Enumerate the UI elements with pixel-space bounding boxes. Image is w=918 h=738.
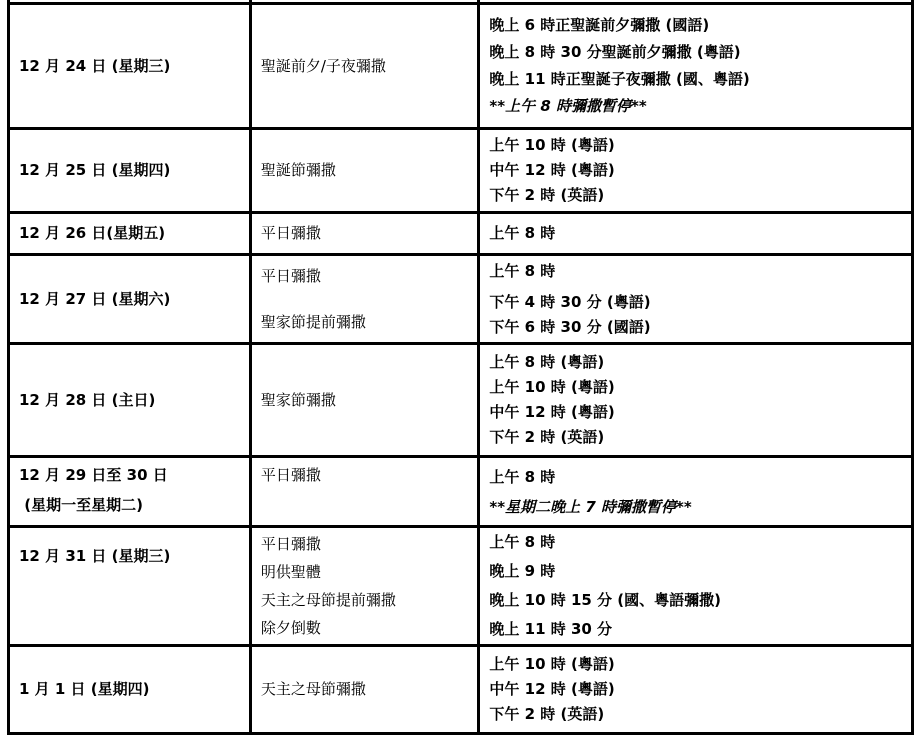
mass-type-label: 天主之母節彌撒 — [261, 677, 478, 702]
time-line: 上午 8 時 (粵語) — [489, 350, 911, 375]
date-label: 12 月 28 日 (主日) — [19, 391, 155, 409]
mass-type-cell: 天主之母節彌撒 — [250, 646, 479, 734]
time-line: 下午 2 時 (英語) — [489, 183, 911, 208]
date-label-weekdays: (星期一至星期二) — [19, 490, 249, 520]
table-row: 12 月 24 日 (星期三) 聖誕前夕/子夜彌撒 晚上 6 時正聖誕前夕彌撒 … — [9, 4, 913, 129]
date-cell: 12 月 26 日(星期五) — [9, 213, 251, 255]
mass-type-cell: 聖家節彌撒 — [250, 344, 479, 457]
mass-type-cell: 平日彌撒 — [250, 457, 479, 527]
date-cell: 1 月 1 日 (星期四) — [9, 646, 251, 734]
time-cell: 晚上 6 時正聖誕前夕彌撒 (國語) 晚上 8 時 30 分聖誕前夕彌撒 (粵語… — [479, 4, 913, 129]
time-cell: 上午 8 時 (粵語) 上午 10 時 (粵語) 中午 12 時 (粵語) 下午… — [479, 344, 913, 457]
time-line: 中午 12 時 (粵語) — [489, 677, 911, 702]
mass-type-cell: 平日彌撒 聖家節提前彌撒 — [250, 255, 479, 344]
time-line: 晚上 8 時 30 分聖誕前夕彌撒 (粵語) — [489, 39, 911, 66]
mass-type-label: 除夕倒數 — [261, 614, 478, 642]
mass-type-cell: 聖誕前夕/子夜彌撒 — [250, 4, 479, 129]
table-row: 12 月 29 日至 30 日 (星期一至星期二) 平日彌撒 上午 8 時 **… — [9, 457, 913, 527]
table-row: 12 月 28 日 (主日) 聖家節彌撒 上午 8 時 (粵語) 上午 10 時… — [9, 344, 913, 457]
mass-schedule-table: 12 月 24 日 (星期三) 聖誕前夕/子夜彌撒 晚上 6 時正聖誕前夕彌撒 … — [7, 0, 914, 735]
mass-type-cell: 聖誕節彌撒 — [250, 129, 479, 213]
time-line: 上午 8 時 — [489, 221, 911, 246]
time-line: 下午 6 時 30 分 (國語) — [489, 315, 911, 340]
time-line: 上午 10 時 (粵語) — [489, 652, 911, 677]
time-line: 晚上 6 時正聖誕前夕彌撒 (國語) — [489, 12, 911, 39]
date-label: 12 月 27 日 (星期六) — [19, 290, 170, 308]
date-cell: 12 月 27 日 (星期六) — [9, 255, 251, 344]
date-cell: 12 月 24 日 (星期三) — [9, 4, 251, 129]
mass-type-label: 天主之母節提前彌撒 — [261, 586, 478, 614]
time-line: 晚上 9 時 — [489, 557, 911, 586]
time-line: 上午 8 時 — [489, 528, 911, 557]
suspension-note: **星期二晚上 7 時彌撒暫停** — [489, 492, 911, 522]
table-row: 12 月 31 日 (星期三) 平日彌撒 明供聖體 天主之母節提前彌撒 除夕倒數… — [9, 527, 913, 646]
date-cell: 12 月 31 日 (星期三) — [9, 527, 251, 646]
mass-type-cell: 平日彌撒 明供聖體 天主之母節提前彌撒 除夕倒數 — [250, 527, 479, 646]
date-label: 1 月 1 日 (星期四) — [19, 680, 149, 698]
date-label: 12 月 29 日至 30 日 — [19, 460, 249, 490]
mass-type-label: 平日彌撒 — [261, 530, 478, 558]
date-label: 12 月 26 日(星期五) — [19, 224, 165, 242]
time-line: 晚上 11 時 30 分 — [489, 615, 911, 644]
time-cell: 上午 10 時 (粵語) 中午 12 時 (粵語) 下午 2 時 (英語) — [479, 129, 913, 213]
mass-type-label: 平日彌撒 — [261, 221, 478, 246]
mass-type-label: 聖家節彌撒 — [261, 388, 478, 413]
table-row: 12 月 26 日(星期五) 平日彌撒 上午 8 時 — [9, 213, 913, 255]
time-cell: 上午 10 時 (粵語) 中午 12 時 (粵語) 下午 2 時 (英語) — [479, 646, 913, 734]
time-line: 晚上 11 時正聖誕子夜彌撒 (國、粵語) — [489, 66, 911, 93]
time-line: 上午 10 時 (粵語) — [489, 375, 911, 400]
date-cell: 12 月 29 日至 30 日 (星期一至星期二) — [9, 457, 251, 527]
time-cell: 上午 8 時 下午 4 時 30 分 (粵語) 下午 6 時 30 分 (國語) — [479, 255, 913, 344]
time-line: 上午 10 時 (粵語) — [489, 133, 911, 158]
date-label: 12 月 31 日 (星期三) — [19, 547, 170, 565]
time-line: 下午 2 時 (英語) — [489, 425, 911, 450]
time-line: 中午 12 時 (粵語) — [489, 158, 911, 183]
mass-type-label: 平日彌撒 — [261, 460, 478, 490]
time-cell: 上午 8 時 **星期二晚上 7 時彌撒暫停** — [479, 457, 913, 527]
time-line: 晚上 10 時 15 分 (國、粵語彌撒) — [489, 586, 911, 615]
date-cell: 12 月 28 日 (主日) — [9, 344, 251, 457]
table-row: 1 月 1 日 (星期四) 天主之母節彌撒 上午 10 時 (粵語) 中午 12… — [9, 646, 913, 734]
table-row: 12 月 25 日 (星期四) 聖誕節彌撒 上午 10 時 (粵語) 中午 12… — [9, 129, 913, 213]
time-line: 中午 12 時 (粵語) — [489, 400, 911, 425]
time-cell: 上午 8 時 晚上 9 時 晚上 10 時 15 分 (國、粵語彌撒) 晚上 1… — [479, 527, 913, 646]
suspension-note: **上午 8 時彌撒暫停** — [489, 93, 911, 120]
mass-type-label: 聖家節提前彌撒 — [261, 310, 478, 335]
date-label: 12 月 24 日 (星期三) — [19, 57, 170, 75]
mass-type-label: 平日彌撒 — [261, 264, 478, 289]
time-cell: 上午 8 時 — [479, 213, 913, 255]
mass-type-cell: 平日彌撒 — [250, 213, 479, 255]
time-line: 上午 8 時 — [489, 259, 911, 284]
table-row: 12 月 27 日 (星期六) 平日彌撒 聖家節提前彌撒 上午 8 時 下午 4… — [9, 255, 913, 344]
mass-type-label: 聖誕前夕/子夜彌撒 — [261, 54, 478, 79]
date-label: 12 月 25 日 (星期四) — [19, 161, 170, 179]
time-line: 上午 8 時 — [489, 462, 911, 492]
time-line: 下午 2 時 (英語) — [489, 702, 911, 727]
mass-type-label: 聖誕節彌撒 — [261, 158, 478, 183]
time-line: 下午 4 時 30 分 (粵語) — [489, 290, 911, 315]
mass-type-label: 明供聖體 — [261, 558, 478, 586]
date-cell: 12 月 25 日 (星期四) — [9, 129, 251, 213]
